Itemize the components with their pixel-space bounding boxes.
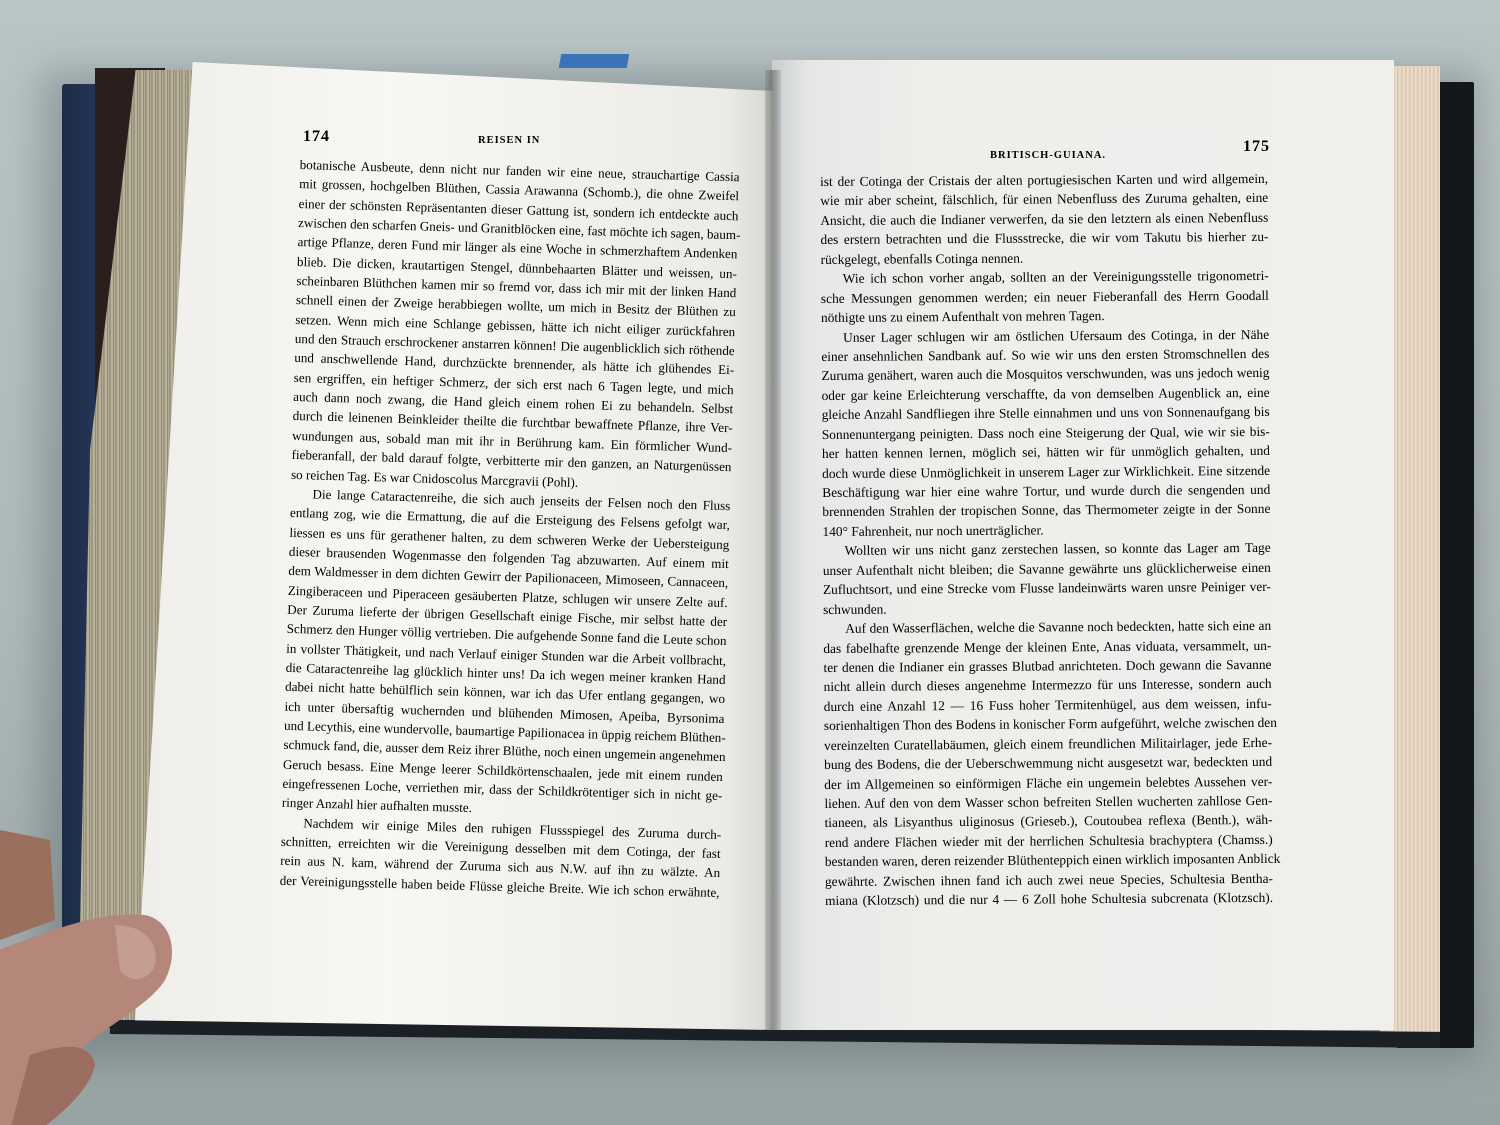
page-number-left: 174	[303, 128, 330, 146]
text-line: sche Messungen genommen werden; ein neue…	[821, 285, 1269, 308]
paragraph-start: Auf den Wasserflächen, welche die Savann…	[823, 616, 1271, 639]
text-line: miana (Klotzsch) und die nur 4 — 6 Zoll …	[825, 888, 1273, 911]
left-page-body: botanische Ausbeute, denn nicht nur fand…	[279, 155, 739, 902]
text-line: brennenden Strahlen der tropischen Sonne…	[822, 499, 1270, 522]
book-gutter	[765, 70, 781, 1030]
hand-thumb-icon	[0, 830, 200, 1125]
blue-book-corner	[559, 54, 629, 68]
text-line: bung des Bodens, die der Ueberschwemmung…	[824, 752, 1272, 775]
right-page-body: ist der Cotinga der Cristais der alten p…	[820, 169, 1273, 911]
text-line: sorienhaltigen Thon des Bodens in konisc…	[824, 713, 1272, 736]
paragraph-start: Wie ich schon vorher angab, sollten an d…	[821, 266, 1269, 289]
text-line: gleiche Anzahl Sandfliegen ihre Stelle e…	[822, 402, 1270, 425]
page-number-right: 175	[1243, 138, 1270, 156]
running-head-right: BRITISCH-GUIANA.	[990, 150, 1106, 161]
text-line: des erstern betrachten und die Flussstre…	[820, 227, 1268, 250]
running-head-left: REISEN IN	[478, 135, 540, 146]
text-line: Zufluchtsort, und eine Strecke vom Fluss…	[823, 577, 1271, 600]
text-line: her hatten kennen lernen, möglich sei, h…	[822, 441, 1270, 464]
